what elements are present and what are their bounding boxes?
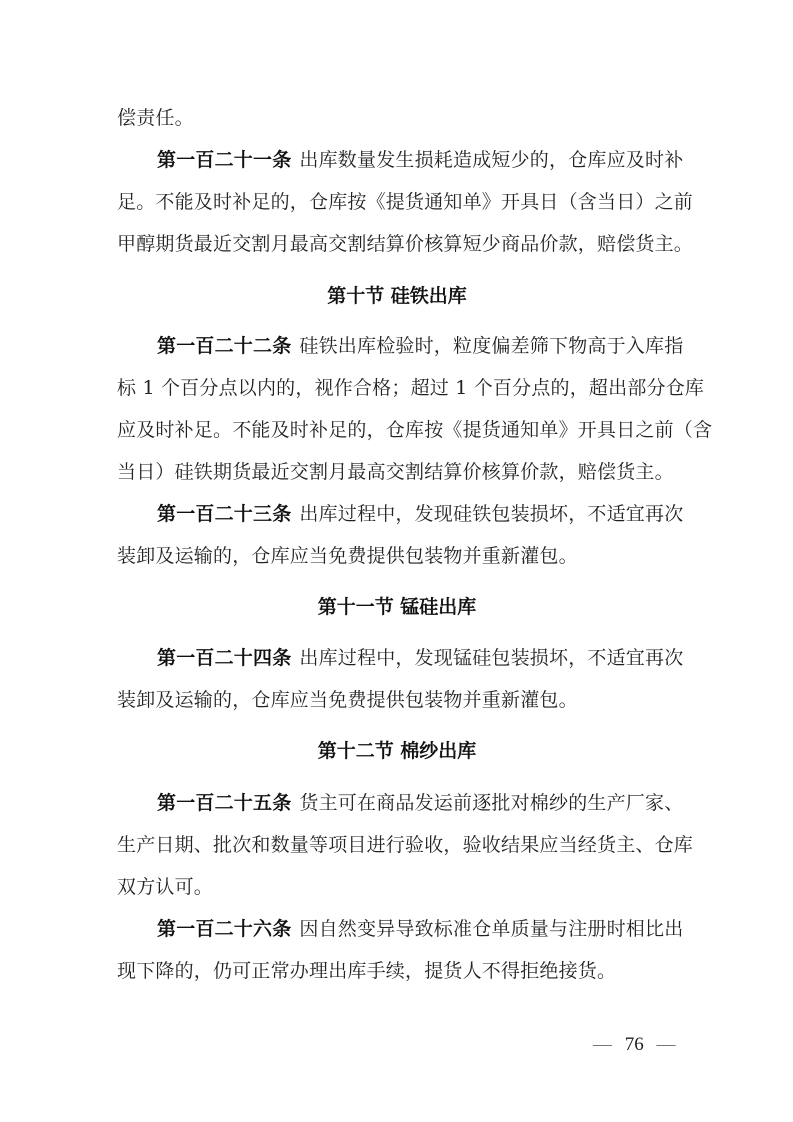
text-line: 现下降的，仍可正常办理出库手续，提货人不得拒绝接货。 bbox=[117, 959, 677, 983]
article-text: 硅铁出库检验时，粒度偏差筛下物高于入库指 bbox=[299, 335, 683, 357]
article-number: 第一百二十六条 bbox=[157, 918, 291, 940]
text-line: 应及时补足。不能及时补足的，仓库按《提货通知单》开具日之前（含 bbox=[117, 418, 677, 442]
page-number: — 76 — bbox=[593, 1033, 676, 1057]
article-122-line-1: 第一百二十二条硅铁出库检验时，粒度偏差筛下物高于入库指 bbox=[117, 334, 677, 358]
article-text: 出库过程中，发现硅铁包装损坏，不适宜再次 bbox=[299, 503, 683, 525]
section-heading: 第十一节 锰硅出库 bbox=[117, 595, 677, 619]
section-heading: 第十节 硅铁出库 bbox=[117, 284, 677, 308]
text-line: 偿责任。 bbox=[117, 106, 677, 130]
article-number: 第一百二十三条 bbox=[157, 503, 291, 525]
article-123-line-1: 第一百二十三条出库过程中，发现硅铁包装损坏，不适宜再次 bbox=[117, 502, 677, 526]
article-number: 第一百二十二条 bbox=[157, 335, 291, 357]
article-number: 第一百二十四条 bbox=[157, 647, 291, 669]
article-text: 因自然变异导致标准仓单质量与注册时相比出 bbox=[299, 918, 683, 940]
article-number: 第一百二十五条 bbox=[157, 792, 291, 814]
section-heading: 第十二节 棉纱出库 bbox=[117, 739, 677, 763]
text-line: 装卸及运输的，仓库应当免费提供包装物并重新灌包。 bbox=[117, 544, 677, 568]
article-121-line-1: 第一百二十一条出库数量发生损耗造成短少的，仓库应及时补 bbox=[117, 148, 677, 172]
article-124-line-1: 第一百二十四条出库过程中，发现锰硅包装损坏，不适宜再次 bbox=[117, 646, 677, 670]
text-line: 当日）硅铁期货最近交割月最高交割结算价核算价款，赔偿货主。 bbox=[117, 460, 677, 484]
article-125-line-1: 第一百二十五条货主可在商品发运前逐批对棉纱的生产厂家、 bbox=[117, 791, 677, 815]
dash-left: — bbox=[593, 1034, 612, 1055]
text-line: 足。不能及时补足的，仓库按《提货通知单》开具日（含当日）之前 bbox=[117, 190, 677, 214]
text-line: 标 1 个百分点以内的，视作合格；超过 1 个百分点的，超出部分仓库 bbox=[117, 376, 677, 400]
page-number-value: 76 bbox=[625, 1034, 644, 1055]
text-line: 双方认可。 bbox=[117, 875, 677, 899]
article-text: 货主可在商品发运前逐批对棉纱的生产厂家、 bbox=[299, 792, 683, 814]
text-line: 装卸及运输的，仓库应当免费提供包装物并重新灌包。 bbox=[117, 688, 677, 712]
dash-right: — bbox=[657, 1034, 676, 1055]
article-text: 出库过程中，发现锰硅包装损坏，不适宜再次 bbox=[299, 647, 683, 669]
article-126-line-1: 第一百二十六条因自然变异导致标准仓单质量与注册时相比出 bbox=[117, 917, 677, 941]
text-line: 甲醇期货最近交割月最高交割结算价核算短少商品价款，赔偿货主。 bbox=[117, 232, 677, 256]
article-number: 第一百二十一条 bbox=[157, 149, 291, 171]
article-text: 出库数量发生损耗造成短少的，仓库应及时补 bbox=[299, 149, 683, 171]
text-line: 生产日期、批次和数量等项目进行验收，验收结果应当经货主、仓库 bbox=[117, 833, 677, 857]
